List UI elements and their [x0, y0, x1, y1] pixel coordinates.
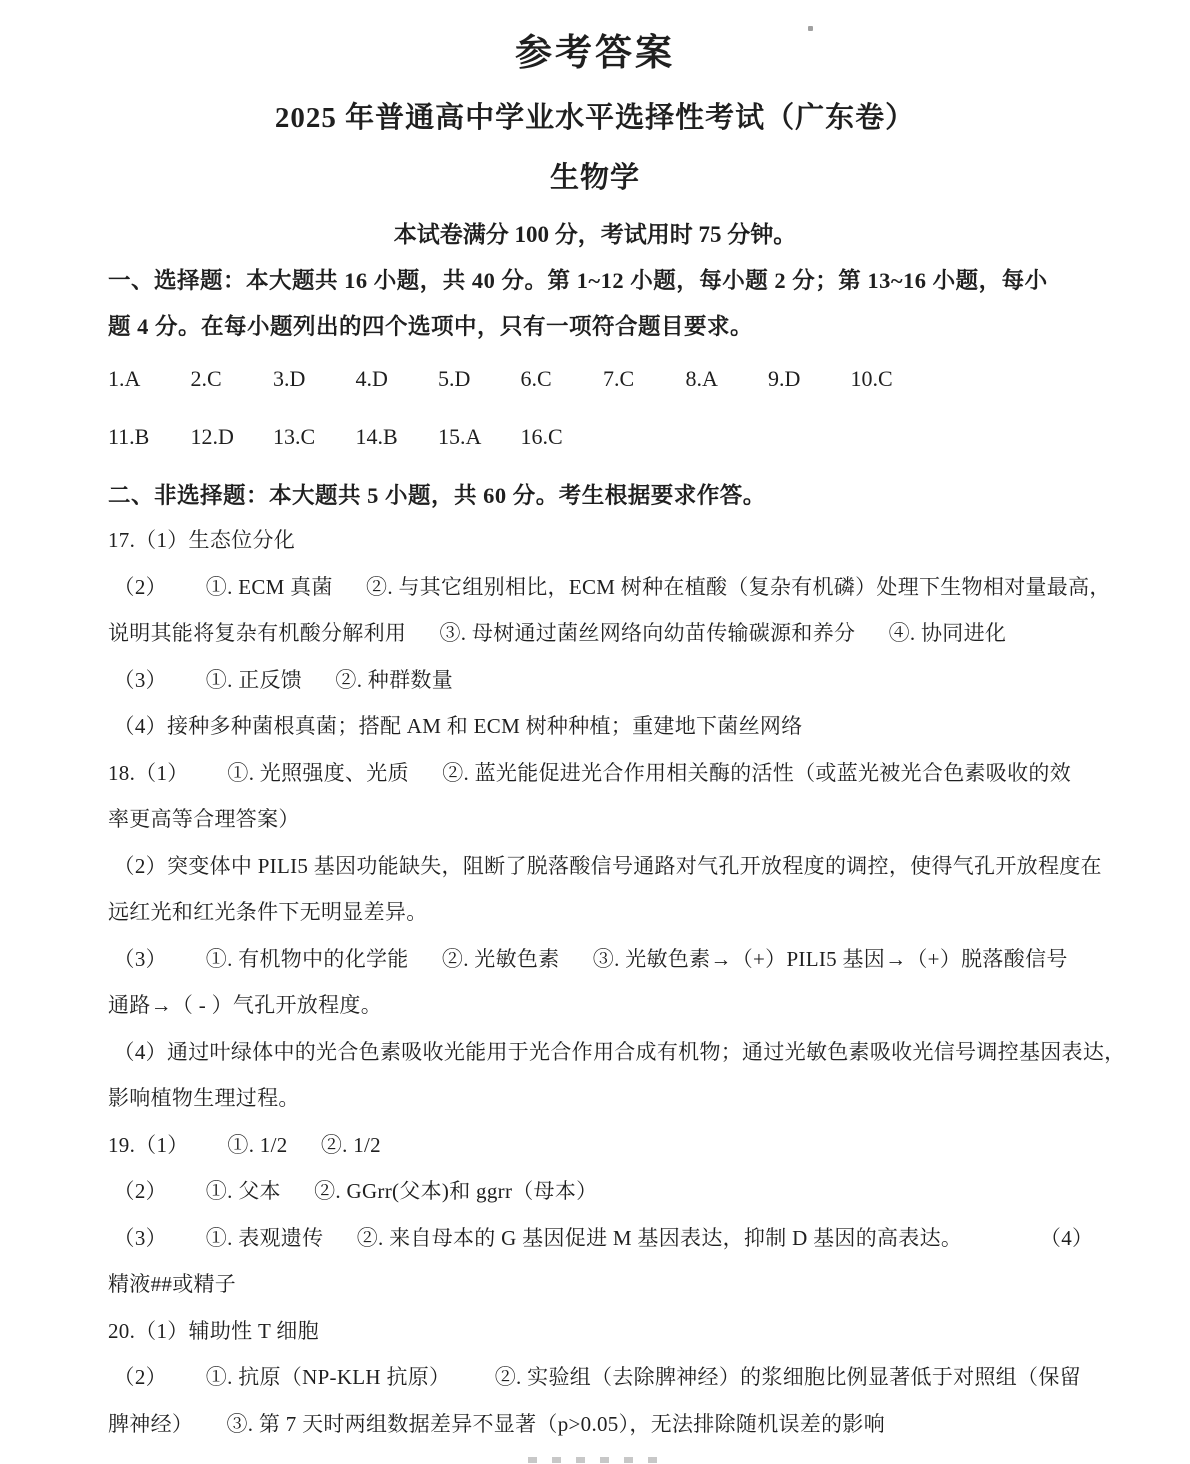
- choice-answer: 4.D: [356, 366, 439, 392]
- choice-answers-row-1: 1.A2.C3.D4.D5.D6.C7.C8.A9.D10.C: [108, 366, 933, 392]
- answer-line: （4）通过叶绿体中的光合色素吸收光能用于光合作用合成有机物；通过光敏色素吸收光信…: [108, 1029, 1118, 1076]
- choice-answer: 6.C: [521, 366, 604, 392]
- cutoff-text-fragment: [528, 1457, 658, 1463]
- choice-answer: 15.A: [438, 424, 521, 450]
- document-title: 参考答案: [0, 22, 1190, 76]
- choice-answer: 10.C: [851, 366, 934, 392]
- answer-line: （2） ①. 抗原（NP-KLH 抗原） ②. 实验组（去除脾神经）的浆细胞比例…: [108, 1354, 1118, 1401]
- free-response-answers: 17.（1）生态位分化 （2） ①. ECM 真菌 ②. 与其它组别相比，ECM…: [108, 517, 1118, 1447]
- answer-key-page: 参考答案 2025 年普通高中学业水平选择性考试（广东卷） 生物学 本试卷满分 …: [0, 0, 1190, 1464]
- answer-line: 精液##或精子: [108, 1261, 1118, 1308]
- choice-answer: 16.C: [521, 424, 604, 450]
- answer-line: （3） ①. 表观遗传 ②. 来自母本的 G 基因促进 M 基因表达，抑制 D …: [108, 1215, 1118, 1262]
- choice-answer: 3.D: [273, 366, 356, 392]
- choice-answer: 1.A: [108, 366, 191, 392]
- section2-heading: 二、非选择题：本大题共 5 小题，共 60 分。考生根据要求作答。: [108, 478, 766, 510]
- answer-line: （3） ①. 有机物中的化学能 ②. 光敏色素 ③. 光敏色素→（+）PILI5…: [108, 936, 1118, 983]
- answer-line: 19.（1） ①. 1/2 ②. 1/2: [108, 1122, 1118, 1169]
- answer-line: （2） ①. ECM 真菌 ②. 与其它组别相比，ECM 树种在植酸（复杂有机磷…: [108, 564, 1118, 611]
- answer-line: 通路→（ - ）气孔开放程度。: [108, 982, 1118, 1029]
- exam-title: 2025 年普通高中学业水平选择性考试（广东卷）: [0, 95, 1190, 136]
- choice-answers-row-2: 11.B12.D13.C14.B15.A16.C: [108, 424, 603, 450]
- choice-answer: 12.D: [191, 424, 274, 450]
- answer-line: 18.（1） ①. 光照强度、光质 ②. 蓝光能促进光合作用相关酶的活性（或蓝光…: [108, 750, 1118, 797]
- answer-line: （2） ①. 父本 ②. GGrr(父本)和 ggrr（母本）: [108, 1168, 1118, 1215]
- choice-answer: 7.C: [603, 366, 686, 392]
- answer-line: 率更高等合理答案）: [108, 796, 1118, 843]
- section1-heading-line2: 题 4 分。在每小题列出的四个选项中，只有一项符合题目要求。: [108, 309, 753, 341]
- answer-line: 脾神经） ③. 第 7 天时两组数据差异不显著（p>0.05），无法排除随机误差…: [108, 1401, 1118, 1448]
- section1-heading-line1: 一、选择题：本大题共 16 小题，共 40 分。第 1~12 小题，每小题 2 …: [108, 263, 1048, 295]
- answer-line: （4）接种多种菌根真菌；搭配 AM 和 ECM 树种种植；重建地下菌丝网络: [108, 703, 1118, 750]
- choice-answer: 9.D: [768, 366, 851, 392]
- answer-line: （2）突变体中 PILI5 基因功能缺失，阻断了脱落酸信号通路对气孔开放程度的调…: [108, 843, 1118, 890]
- answer-line: 17.（1）生态位分化: [108, 517, 1118, 564]
- answer-line: （3） ①. 正反馈 ②. 种群数量: [108, 657, 1118, 704]
- answer-line: 远红光和红光条件下无明显差异。: [108, 889, 1118, 936]
- answer-line: 影响植物生理过程。: [108, 1075, 1118, 1122]
- subject-title: 生物学: [0, 155, 1190, 196]
- answer-line: 20.（1）辅助性 T 细胞: [108, 1308, 1118, 1355]
- choice-answer: 13.C: [273, 424, 356, 450]
- exam-info-line: 本试卷满分 100 分，考试用时 75 分钟。: [0, 216, 1190, 249]
- choice-answer: 2.C: [191, 366, 274, 392]
- choice-answer: 11.B: [108, 424, 191, 450]
- choice-answer: 14.B: [356, 424, 439, 450]
- choice-answer: 5.D: [438, 366, 521, 392]
- answer-line: 说明其能将复杂有机酸分解利用 ③. 母树通过菌丝网络向幼苗传输碳源和养分 ④. …: [108, 610, 1118, 657]
- choice-answer: 8.A: [686, 366, 769, 392]
